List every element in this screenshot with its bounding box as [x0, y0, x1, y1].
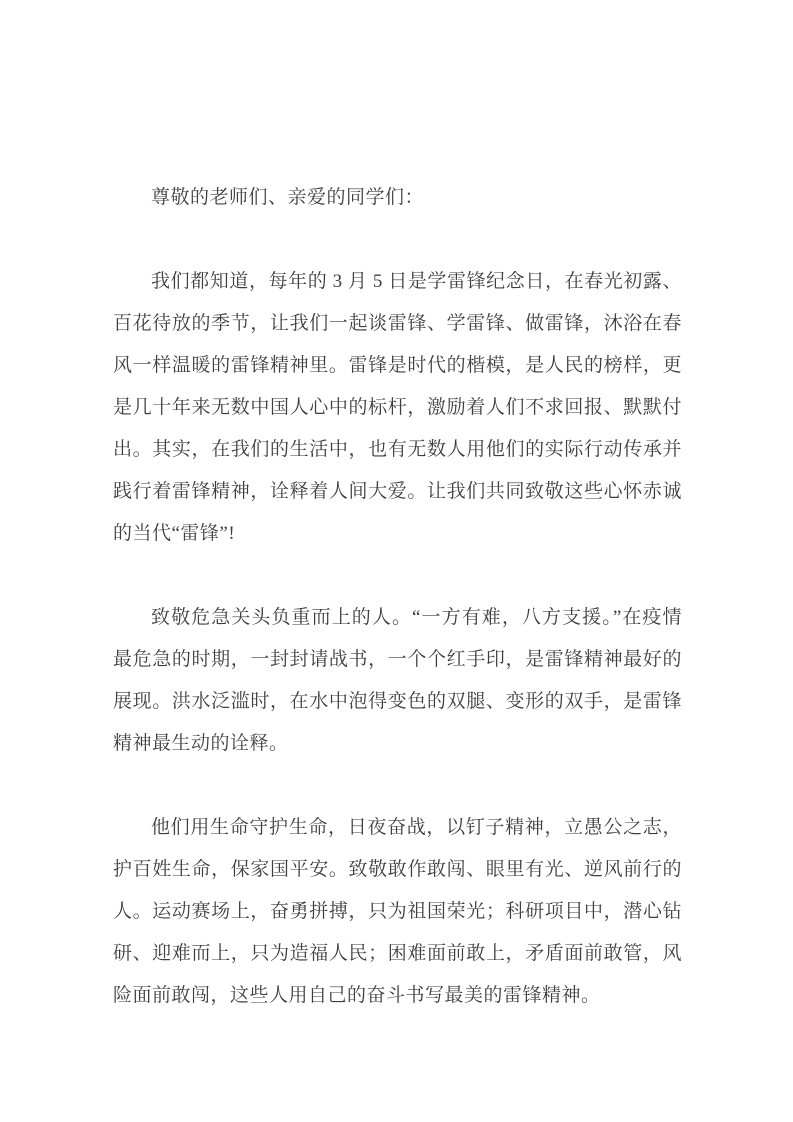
document-body: 尊敬的老师们、亲爱的同学们： 我们都知道，每年的 3 月 5 日是学雷锋纪念日，…	[113, 177, 682, 1017]
salutation-line: 尊敬的老师们、亲爱的同学们：	[113, 177, 682, 219]
paragraph-tribute-pandemic-flood: 致敬危急关头负重而上的人。“一方有难，八方支援。”在疫情最危急的时期，一封封请战…	[113, 597, 682, 765]
paragraph-intro: 我们都知道，每年的 3 月 5 日是学雷锋纪念日，在春光初露、百花待放的季节，让…	[113, 261, 682, 555]
paragraph-tribute-strivers: 他们用生命守护生命，日夜奋战，以钉子精神，立愚公之志，护百姓生命，保家国平安。致…	[113, 807, 682, 1017]
document-page: 尊敬的老师们、亲爱的同学们： 我们都知道，每年的 3 月 5 日是学雷锋纪念日，…	[0, 0, 793, 1122]
